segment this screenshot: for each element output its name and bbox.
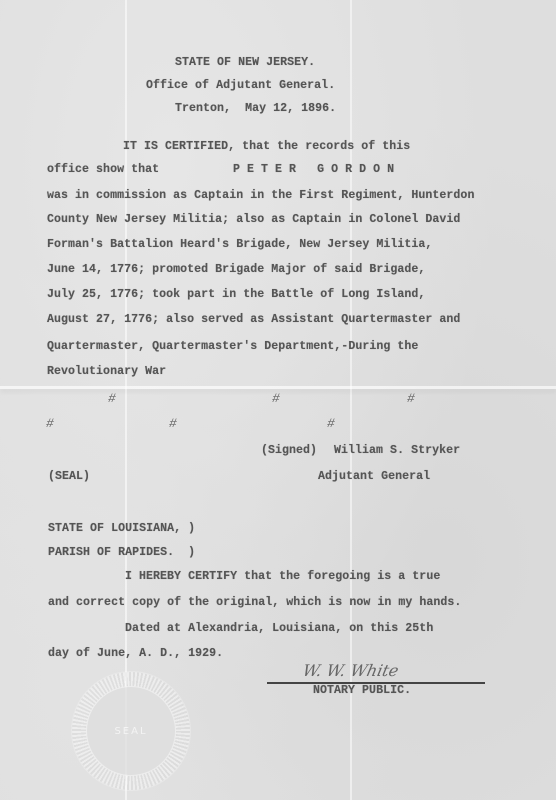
handwritten-signature: W. W. White [301,661,400,680]
notary-line: Dated at Alexandria, Louisiana, on this … [125,622,433,636]
certificate-line: August 27, 1776; also served as Assistan… [47,313,460,327]
header-state: STATE OF NEW JERSEY. [175,56,315,70]
fold-line-horizontal [0,386,556,389]
seal-text: SEAL [72,672,190,790]
fold-line-vertical [350,0,352,800]
document-page: STATE OF NEW JERSEY. Office of Adjutant … [0,0,556,800]
certificate-line: office show that [47,163,159,177]
header-office: Office of Adjutant General. [146,79,335,93]
certificate-line: Forman's Battalion Heard's Brigade, New … [47,238,432,252]
embossed-seal-icon: SEAL [72,672,190,790]
separator-mark: # [272,391,280,406]
signer-title: Adjutant General [318,470,430,484]
notary-state: STATE OF LOUISIANA, ) [48,522,195,536]
notary-parish: PARISH OF RAPIDES. ) [48,546,195,560]
certificate-line: was in commission as Captain in the Firs… [47,189,474,203]
separator-mark: # [169,416,177,431]
separator-mark: # [407,391,415,406]
signed-label: (Signed) [261,444,317,458]
certificate-line: Quartermaster, Quartermaster's Departmen… [47,340,418,354]
certificate-line: Revolutionary War [47,365,166,379]
certificate-line: June 14, 1776; promoted Brigade Major of… [47,263,425,277]
notary-line: day of June, A. D., 1929. [48,647,223,661]
notary-line: and correct copy of the original, which … [48,596,461,610]
notary-line: I HEREBY CERTIFY that the foregoing is a… [125,570,440,584]
certificate-line: July 25, 1776; took part in the Battle o… [47,288,425,302]
header-date: Trenton, May 12, 1896. [175,102,336,116]
certificate-line: IT IS CERTIFIED, that the records of thi… [123,140,410,154]
seal-label: (SEAL) [48,470,90,484]
separator-mark: # [46,416,54,431]
separator-mark: # [327,416,335,431]
notary-title: NOTARY PUBLIC. [313,684,411,698]
certificate-line: County New Jersey Militia; also as Capta… [47,213,460,227]
separator-mark: # [108,391,116,406]
signer-name: William S. Stryker [334,444,460,458]
subject-name: P E T E R G O R D O N [233,163,394,177]
